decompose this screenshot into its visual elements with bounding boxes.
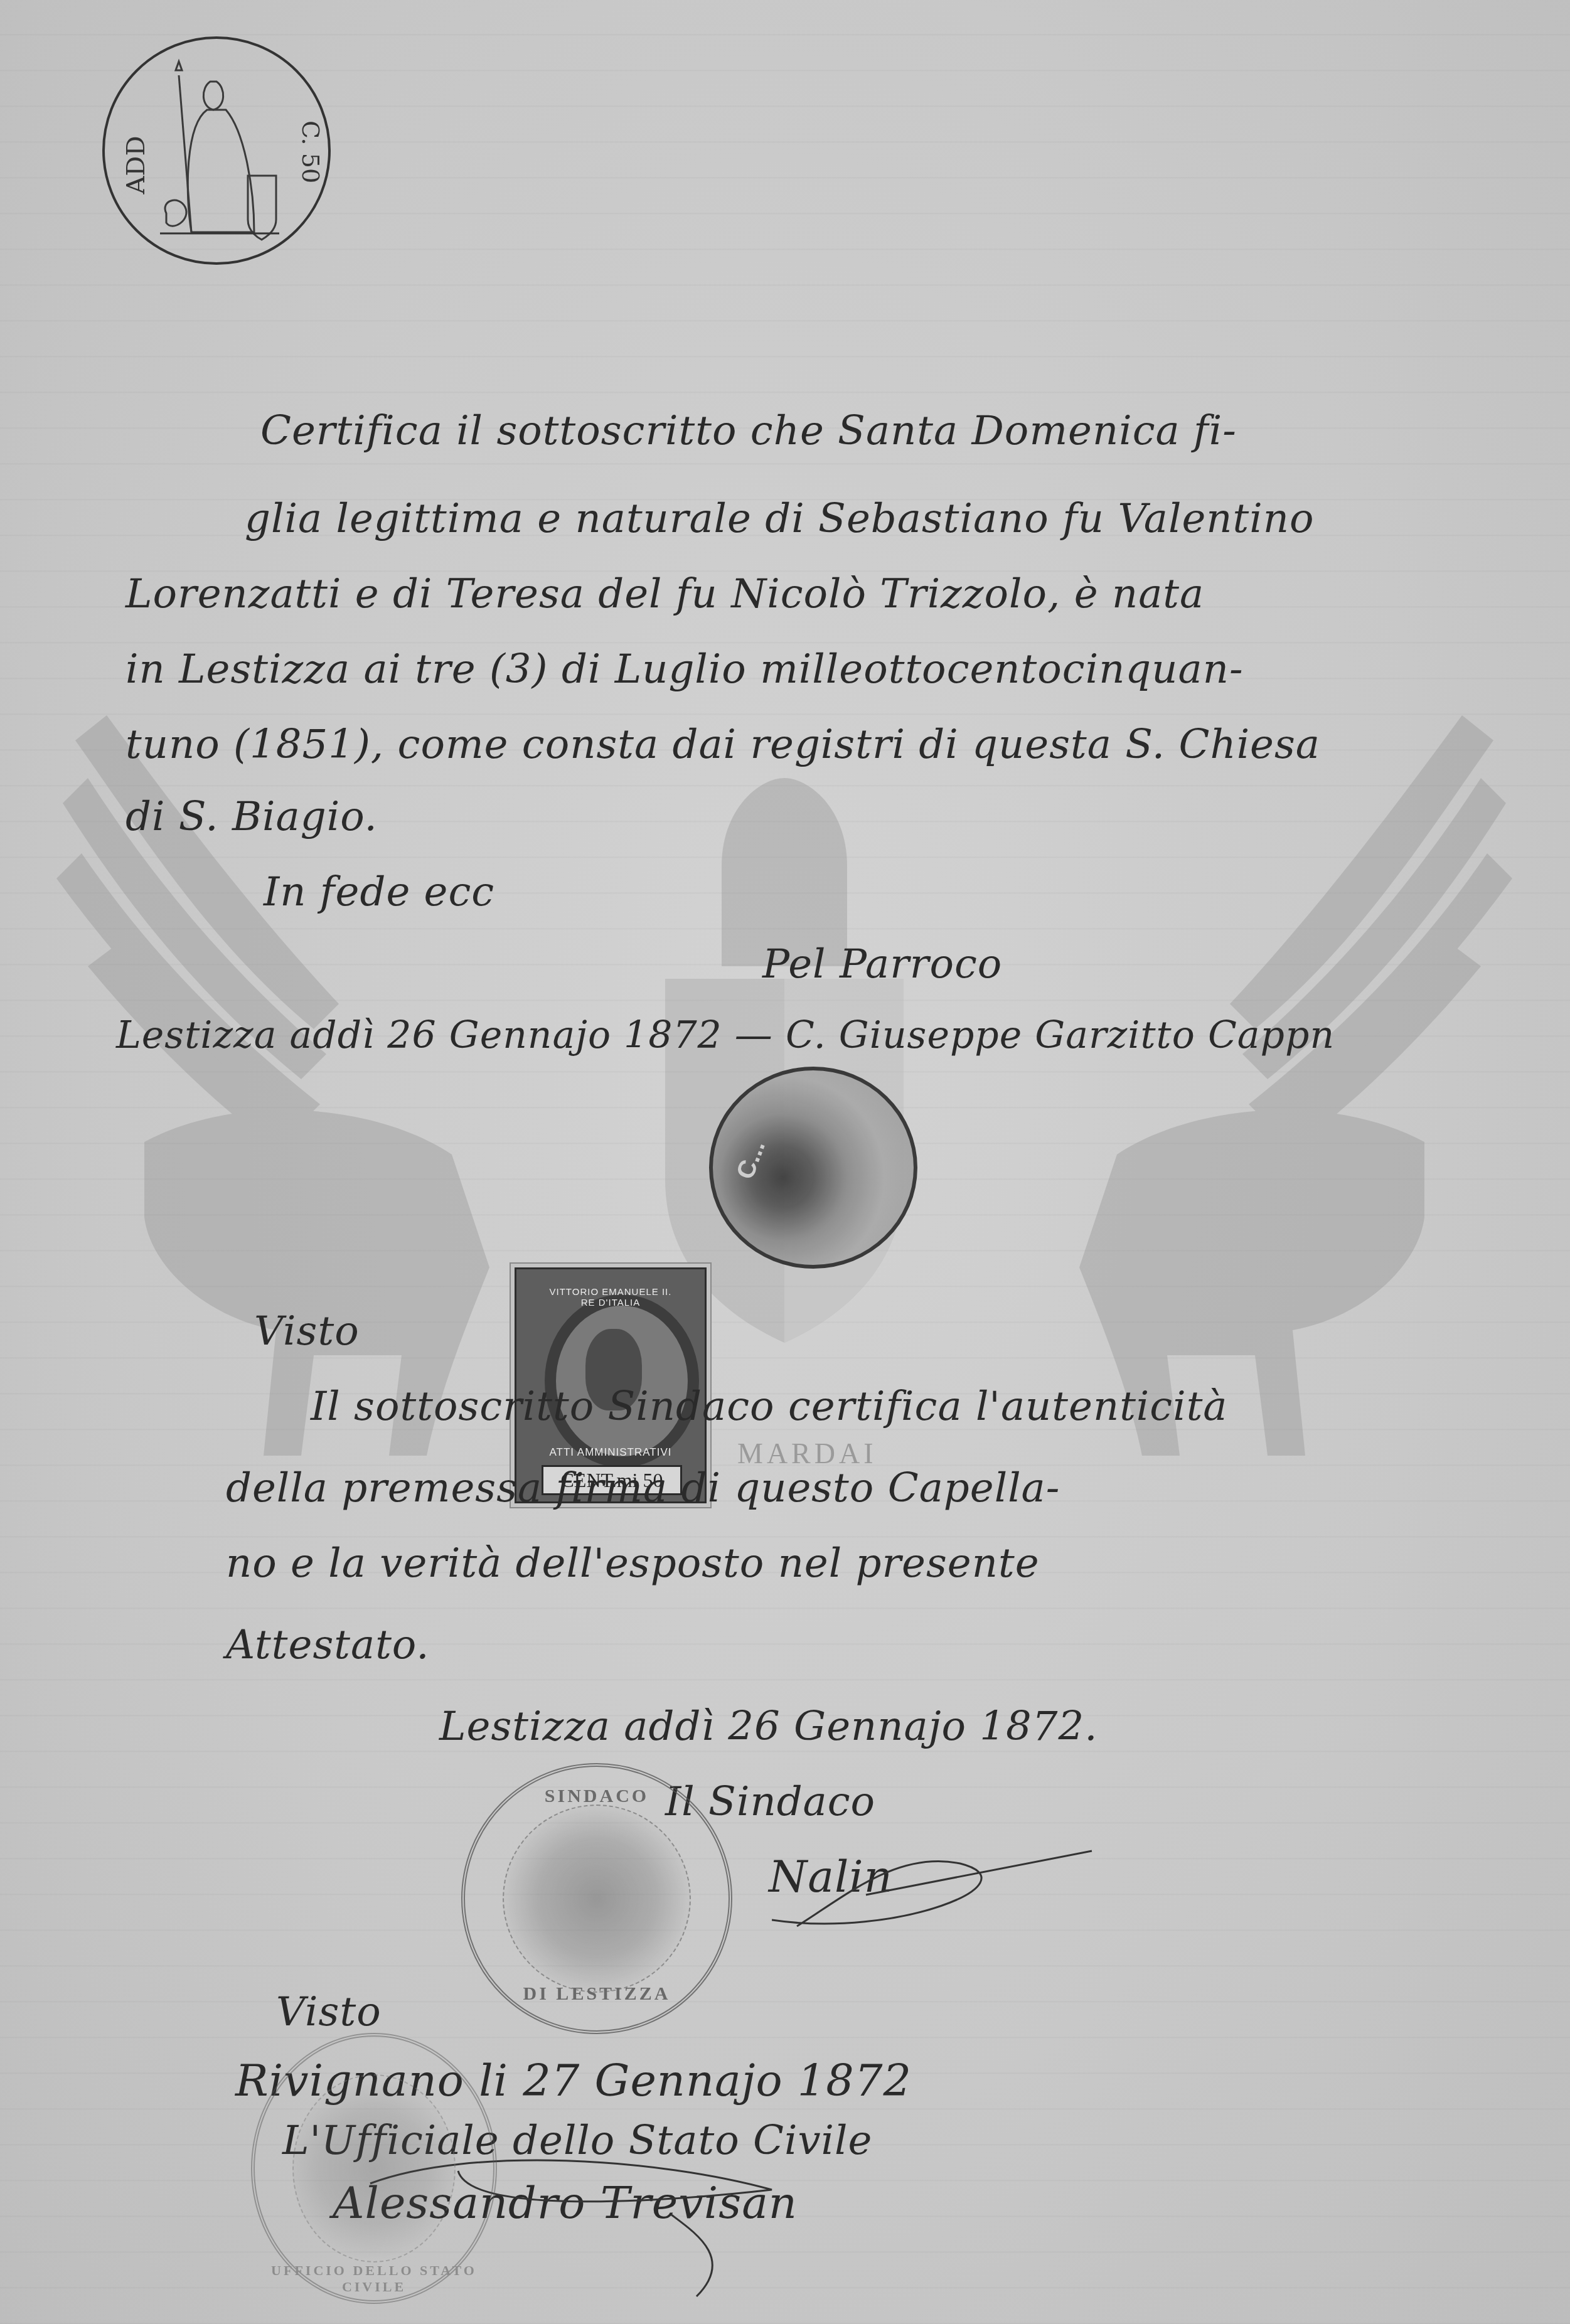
stamp-top-text: VITTORIO EMANUELE II. RE D'ITALIA [542, 1287, 680, 1308]
body-line-6: di S. Biagio. [125, 794, 378, 840]
seal-value-text: C. 50 [297, 120, 324, 183]
municipal-stamp-bottom: DI LESTIZZA [465, 1983, 729, 2005]
municipal-stamp-top: SINDACO [465, 1786, 729, 1807]
final-visto-label: Visto [276, 1989, 382, 2035]
mayor-date: Lestizza addì 26 Gennajo 1872. [439, 1703, 1098, 1750]
visto-line-4: Attestato. [226, 1622, 430, 1668]
parish-wax-seal: C... [709, 1067, 917, 1269]
visto-label: Visto [254, 1308, 360, 1355]
visto-line-3: no e la verità dell'esposto nel presente [226, 1540, 1040, 1587]
body-line-2: glia legittima e naturale di Sebastiano … [245, 496, 1314, 542]
seal-left-text: ADD [122, 136, 151, 194]
pel-parroco-text: Pel Parroco [762, 941, 1002, 988]
body-line-1: Certifica il sottoscritto che Santa Dome… [260, 408, 1237, 454]
civil-stamp-crest-icon [292, 2074, 456, 2263]
stamp-bottom-text: ATTI AMMINISTRATIVI [542, 1446, 680, 1459]
body-line-3: Lorenzatti e di Teresa del fu Nicolò Tri… [125, 571, 1204, 617]
visto-line-2: della premessa firma di questo Capella- [226, 1465, 1060, 1511]
wax-seal-text: C... [731, 1137, 771, 1183]
civil-state-stamp: UFFICIO DELLO STATO CIVILE [251, 2033, 497, 2304]
municipal-stamp: SINDACO DI LESTIZZA [461, 1763, 732, 2034]
municipal-stamp-crest-icon [503, 1804, 691, 1993]
civil-stamp-text: UFFICIO DELLO STATO CIVILE [255, 2263, 493, 2295]
parish-date-signature: Lestizza addì 26 Gennajo 1872 — C. Giuse… [116, 1013, 1335, 1057]
visto-line-1: Il sottoscritto Sindaco certifica l'aute… [311, 1383, 1228, 1430]
signature-flourish-icon [772, 1845, 1098, 1945]
body-line-5: tuno (1851), come consta dai registri di… [125, 722, 1320, 768]
body-line-4: in Lestizza ai tre (3) di Luglio milleot… [125, 646, 1244, 693]
in-fede-text: In fede ecc [264, 869, 494, 915]
